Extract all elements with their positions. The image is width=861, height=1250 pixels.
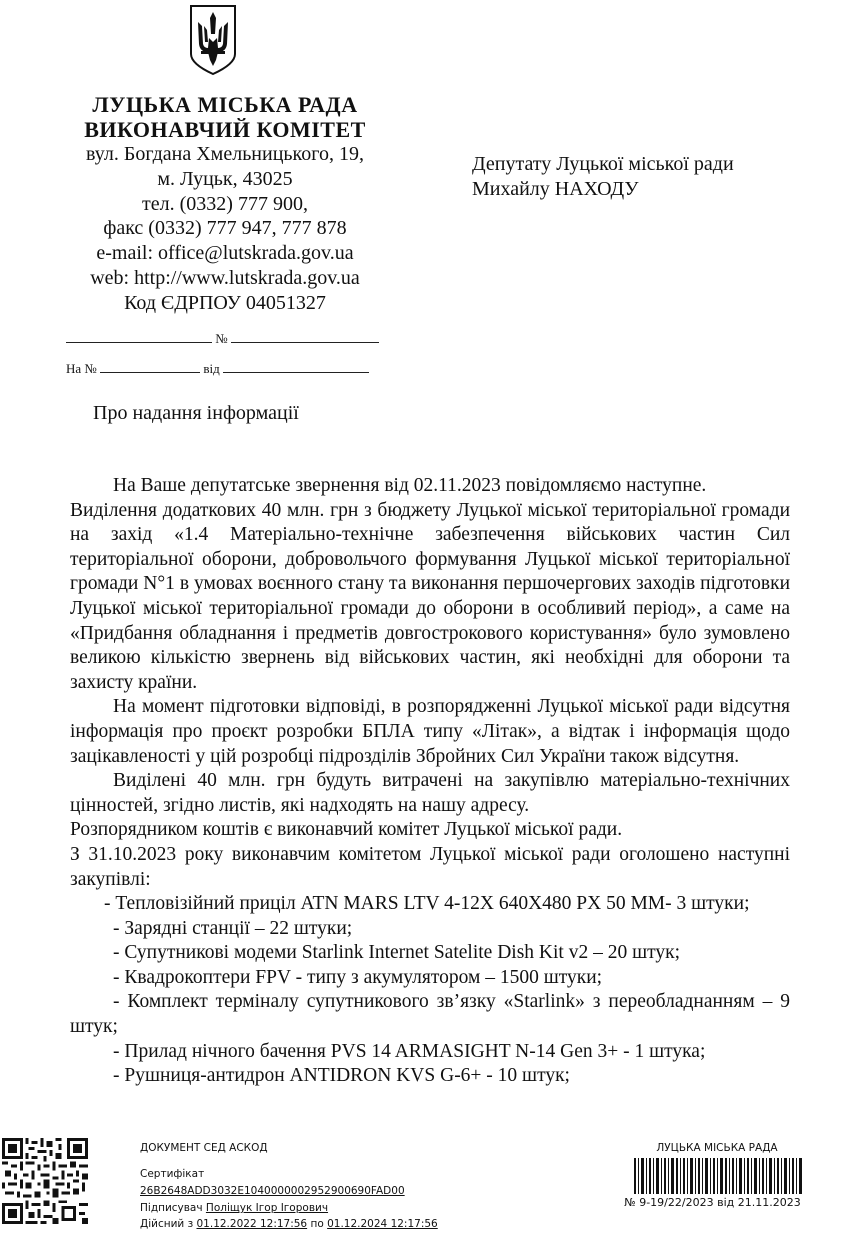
outgoing-number-line: №: [66, 330, 379, 347]
valid-to: 01.12.2024 12:17:56: [327, 1218, 438, 1230]
sed-title: ДОКУМЕНТ СЕД АСКОД: [140, 1142, 268, 1154]
letter-subject: Про надання інформації: [93, 402, 299, 425]
cert-id: 26B2648ADD3032E1040000002952900690FAD00: [140, 1185, 405, 1197]
list-item: - Супутникові модеми Starlink Internet S…: [70, 941, 790, 966]
paragraph: На момент підготовки відповіді, в розпор…: [70, 695, 790, 769]
reply-date-blank: [223, 360, 369, 373]
org-header: ЛУЦЬКА МІСЬКА РАДА ВИКОНАВЧИЙ КОМІТЕТ ву…: [60, 92, 390, 316]
signer-label: Підписувач: [140, 1202, 203, 1214]
paragraph: На Ваше депутатське звернення від 02.11.…: [70, 474, 790, 499]
list-item: - Комплект терміналу супутникового зв’яз…: [70, 990, 790, 1039]
list-item: - Зарядні станції – 22 штуки;: [70, 917, 790, 942]
valid-to-label: по: [310, 1218, 323, 1230]
recipient-line-1: Депутату Луцької міської ради: [472, 152, 734, 177]
number-sign: №: [215, 331, 227, 346]
valid-from-label: Дійсний з: [140, 1218, 193, 1230]
org-address-1: вул. Богдана Хмельницького, 19,: [60, 142, 390, 167]
paragraph: Розпорядником коштів є виконавчий коміте…: [70, 818, 790, 843]
org-name-2: ВИКОНАВЧИЙ КОМІТЕТ: [60, 117, 390, 142]
qr-code-icon: [2, 1138, 88, 1224]
letter-body: На Ваше депутатське звернення від 02.11.…: [70, 474, 790, 1089]
barcode-icon: [634, 1158, 802, 1194]
list-item: - Тепловізійний приціл ATN MARS LTV 4-12…: [70, 892, 790, 917]
signer-line: Підписувач Поліщук Ігор Ігорович: [140, 1202, 328, 1214]
signer-name: Поліщук Ігор Ігорович: [206, 1202, 328, 1214]
cert-label: Сертифікат: [140, 1168, 204, 1180]
paragraph: Виділені 40 млн. грн будуть витрачені на…: [70, 769, 790, 818]
barcode-org: ЛУЦЬКА МІСЬКА РАДА: [636, 1142, 798, 1154]
org-name-1: ЛУЦЬКА МІСЬКА РАДА: [60, 92, 390, 117]
list-item: - Прилад нічного бачення PVS 14 ARMASIGH…: [70, 1040, 790, 1065]
org-phone: тел. (0332) 777 900,: [60, 192, 390, 217]
paragraph: З 31.10.2023 року виконавчим комітетом Л…: [70, 843, 790, 892]
list-item-cut: - Рушниця-антидрон ANTIDRON KVS G-6+ - 1…: [70, 1064, 790, 1089]
validity-line: Дійсний з 01.12.2022 12:17:56 по 01.12.2…: [140, 1218, 438, 1230]
org-address-2: м. Луцьк, 43025: [60, 167, 390, 192]
list-item: - Квадрокоптери FPV - типу з акумуляторо…: [70, 966, 790, 991]
number-blank: [231, 330, 379, 343]
org-email: e-mail: office@lutskrada.gov.ua: [60, 241, 390, 266]
org-web: web: http://www.lutskrada.gov.ua: [60, 266, 390, 291]
from-label: від: [203, 361, 219, 376]
org-edrpou: Код ЄДРПОУ 04051327: [60, 291, 390, 316]
paragraph: Виділення додаткових 40 млн. грн з бюдже…: [70, 499, 790, 696]
reply-to-line: На № від: [66, 360, 369, 377]
org-fax: факс (0332) 777 947, 777 878: [60, 216, 390, 241]
coat-of-arms-icon: [188, 4, 238, 76]
date-blank: [66, 330, 212, 343]
registration-number: № 9-19/22/2023 від 21.11.2023: [610, 1196, 815, 1209]
valid-from: 01.12.2022 12:17:56: [197, 1218, 308, 1230]
reply-number-blank: [100, 360, 200, 373]
recipient-line-2: Михайлу НАХОДУ: [472, 177, 734, 202]
recipient-block: Депутату Луцької міської ради Михайлу НА…: [472, 152, 734, 202]
reply-to-label: На №: [66, 361, 97, 376]
